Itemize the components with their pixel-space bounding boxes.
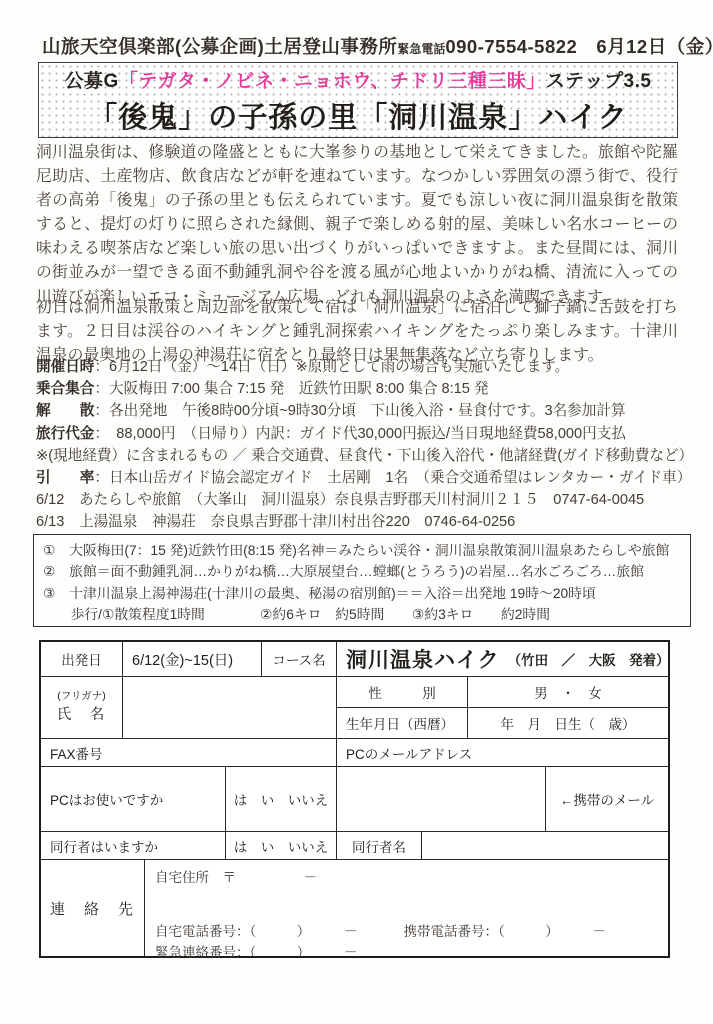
itinerary-box: ① 大阪梅田(7：15 発)近鉄竹田(8:15 発)名神＝みたらい渓谷・洞川温泉…: [33, 534, 691, 627]
fax-number-cell: FAX番号: [41, 739, 337, 767]
event-title: 「後鬼」の子孫の里「洞川温泉」ハイク: [39, 95, 677, 136]
contact-content-cell: 自宅住所 〒 － 自宅電話番号：（ ） －携帯電話番号：（ ） － 緊急連絡番号…: [145, 860, 668, 956]
furigana-label: (フリガナ): [57, 689, 105, 705]
subtitle-pink-phrase: 「テガタ・ノビネ・ニョホウ、チドリ三種三昧」: [119, 71, 546, 92]
itinerary-line-walking: 歩行/①散策程度1時間 ②約6キロ 約5時間 ③約3キロ 約2時間: [43, 604, 681, 625]
detail-line-price-note: ※(現地経費）に含まれるもの ／ 乗合交通費、昼食代・下山後入浴代・他諸経費(ガ…: [36, 445, 706, 467]
detail-line-meeting: 乗合集合：大阪梅田 7:00 集合 7:15 発 近鉄竹田駅 8:00 集合 8…: [36, 378, 706, 400]
phone-numbers-line: 自宅電話番号：（ ） －携帯電話番号：（ ） －: [155, 920, 606, 940]
scanned-flyer-page: 山旅天空倶楽部(公募企画)土居登山事務所緊急電話090-7554-5822 6月…: [0, 0, 713, 1024]
event-details: 開催日時：6月12日（金）～14日（日）※原則として雨の場合も実施いたします。 …: [36, 356, 706, 534]
home-address-label: 自宅住所 〒 －: [155, 866, 317, 886]
pc-email-cell: PCのメールアドレス: [337, 739, 668, 767]
detail-line-guide: 引 率：日本山岳ガイド協会認定ガイド 土居剛 1名 （乗合交通希望はレンタカー・…: [36, 467, 706, 489]
name-label: 氏 名: [57, 705, 107, 727]
pc-use-question-cell: PCはお使いですか: [41, 767, 226, 832]
event-subtitle: 公募G「テガタ・ノビネ・ニョホウ、チドリ三種三昧」ステップ3.5: [39, 66, 677, 93]
course-name-label-cell: コース名: [262, 642, 337, 677]
birthdate-input-cell: 年 月 日生（ 歳）: [468, 708, 668, 739]
birthdate-label-cell: 生年月日（西暦）: [337, 708, 468, 739]
mobile-mail-input-cell: [337, 767, 546, 832]
detail-line-lodging-613: 6/13 上湯温泉 神湯荘 奈良県吉野郡十津川村出谷220 0746-64-02…: [36, 511, 706, 533]
detail-line-lodging-612: 6/12 あたらしや旅館 （大峯山 洞川温泉）奈良県吉野郡天川村洞川２１５ 07…: [36, 489, 706, 511]
companion-name-input-cell: [422, 832, 668, 860]
name-label-cell: (フリガナ) 氏 名: [41, 677, 123, 739]
detail-line-dissolution: 解 散：各出発地 午後8時00分頃~9時30分頃 下山後入浴・昼食付です。3名参…: [36, 400, 706, 422]
emergency-phone-label: 緊急電話: [397, 42, 445, 56]
contact-label-cell: 連 絡 先: [41, 860, 145, 956]
pc-use-yes-no-cell: は い いいえ: [226, 767, 337, 832]
emergency-number-line: 緊急連絡番号：（ ） －: [155, 941, 358, 961]
departure-date-value-cell: 6/12(金)~15(日): [123, 642, 262, 677]
gender-choice-cell: 男 ・ 女: [468, 677, 668, 708]
mobile-mail-note-cell: ←携帯のメール: [546, 767, 668, 832]
title-box: 公募G「テガタ・ノビネ・ニョホウ、チドリ三種三昧」ステップ3.5 「後鬼」の子孫…: [38, 62, 678, 138]
itinerary-line-day3: ③ 十津川温泉上湯神湯荘(十津川の最奥、秘湯の宿別館)＝＝入浴＝出発地 19時～…: [43, 583, 681, 604]
header-line: 山旅天空倶楽部(公募企画)土居登山事務所緊急電話090-7554-5822 6月…: [42, 33, 692, 59]
detail-line-schedule: 開催日時：6月12日（金）～14日（日）※原則として雨の場合も実施いたします。: [36, 356, 706, 378]
club-name: 山旅天空倶楽部(公募企画)土居登山事務所: [42, 36, 397, 57]
itinerary-line-day1: ① 大阪梅田(7：15 発)近鉄竹田(8:15 発)名神＝みたらい渓谷・洞川温泉…: [43, 540, 681, 561]
subtitle-prefix: 公募G: [65, 71, 119, 92]
companion-question-cell: 同行者はいますか: [41, 832, 226, 860]
application-form: 出発日 6/12(金)~15(日) コース名 洞川温泉ハイク （竹田 ／ 大阪 …: [39, 640, 670, 958]
course-name-value-cell: 洞川温泉ハイク （竹田 ／ 大阪 発着）: [337, 642, 668, 677]
companion-yes-no-cell: は い いいえ: [226, 832, 337, 860]
departure-date-label-cell: 出発日: [41, 642, 123, 677]
detail-line-price: 旅行代金： 88,000円 （日帰り）内訳：ガイド代30,000円振込/当日現地…: [36, 423, 706, 445]
name-input-cell: [123, 677, 337, 739]
emergency-phone-number: 090-7554-5822 6月12日（金）: [445, 36, 713, 57]
intro-paragraph-1: 洞川温泉街は、修験道の隆盛とともに大峯参りの基地として栄えてきました。旅館や陀羅…: [36, 141, 678, 310]
subtitle-suffix: ステップ3.5: [546, 71, 652, 92]
course-departure-note: （竹田 ／ 大阪 発着）: [508, 649, 668, 669]
companion-name-label-cell: 同行者名: [337, 832, 422, 860]
course-title: 洞川温泉ハイク: [346, 644, 500, 674]
gender-label-cell: 性 別: [337, 677, 468, 708]
itinerary-line-day2: ② 旅館＝面不動鍾乳洞…かりがね橋…大原展望台…螳螂(とうろう)の岩屋…名水ごろ…: [43, 561, 681, 582]
